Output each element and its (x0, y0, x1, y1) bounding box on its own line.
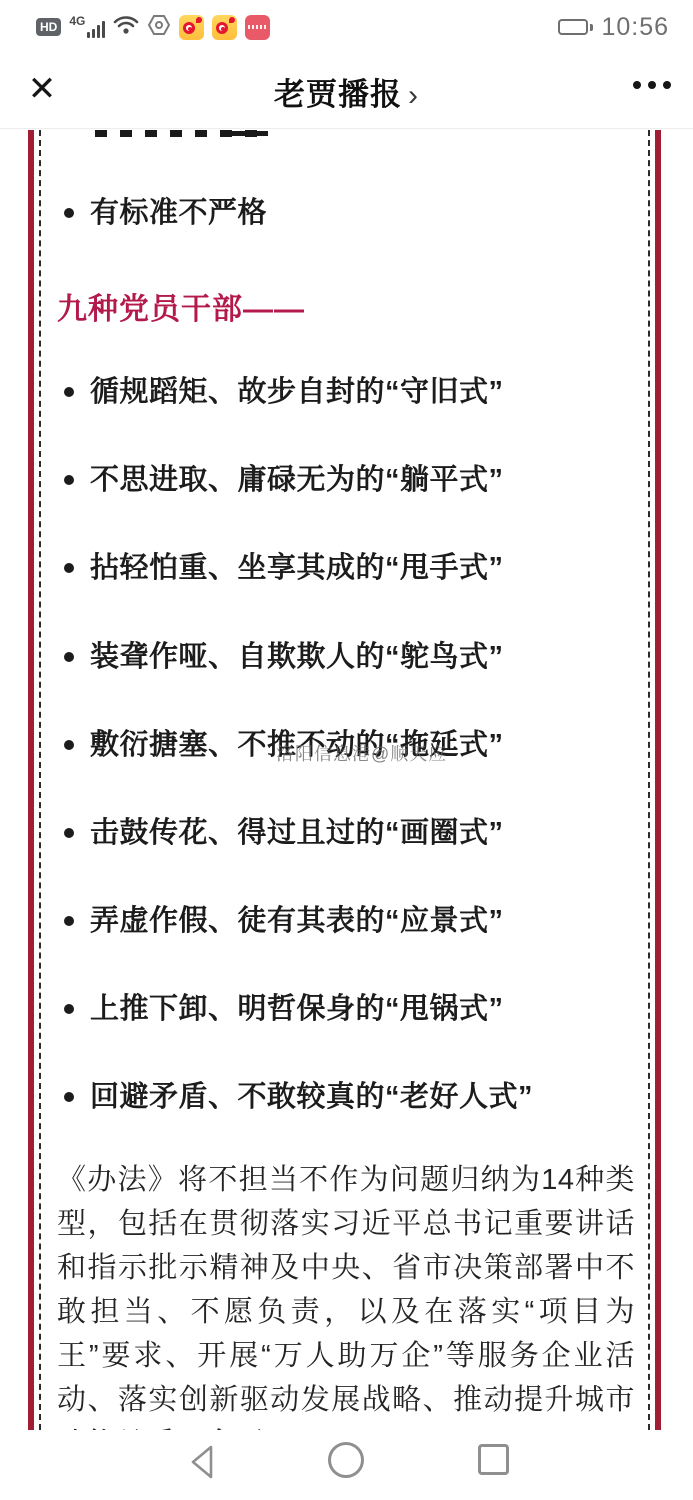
list-item-text: 有标准不严格 (90, 196, 267, 230)
article-body: 有标准不严格 九种党员干部—— 循规蹈矩、故步自封的“守旧式” 不思进取、庸碌无… (0, 130, 693, 1430)
page-title-text: 老贾播报 (274, 77, 402, 112)
list-item: 拈轻怕重、坐享其成的“甩手式” (64, 551, 637, 585)
recents-button[interactable] (478, 1444, 509, 1475)
signal-4g-icon: 4G (69, 16, 105, 38)
bullet-dot-icon (64, 828, 74, 838)
navbar-divider (0, 128, 693, 129)
bullet-dot-icon (64, 652, 74, 662)
list-item-text: 弄虚作假、徒有其表的“应景式” (90, 904, 504, 938)
bullet-dot-icon (64, 475, 74, 485)
weibo-icon (179, 15, 204, 40)
bullet-dot-icon (64, 563, 74, 573)
watermark-text: 洛阳信息港@顺天应 (276, 740, 447, 766)
android-nav-bar (0, 1430, 693, 1500)
list-item-text: 装聋作哑、自欺欺人的“鸵鸟式” (90, 640, 504, 674)
frame-red-bar-right (655, 130, 661, 1430)
chevron-right-icon: › (408, 79, 419, 112)
bullet-dot-icon (64, 1092, 74, 1102)
more-menu-button[interactable] (633, 81, 671, 89)
battery-icon (558, 19, 593, 35)
status-bar: HD 4G (0, 0, 693, 50)
list-item-text: 不思进取、庸碌无为的“躺平式” (90, 463, 504, 497)
back-button[interactable] (184, 1442, 222, 1487)
bullet-dot-icon (64, 387, 74, 397)
list-item-text: 回避矛盾、不敢较真的“老好人式” (90, 1080, 533, 1114)
wifi-icon (113, 14, 139, 41)
list-item: 弄虚作假、徒有其表的“应景式” (64, 904, 637, 938)
list-item-text: 循规蹈矩、故步自封的“守旧式” (90, 375, 504, 409)
red-app-icon (245, 15, 270, 40)
page-title[interactable]: 老贾播报› (0, 69, 693, 114)
status-right-cluster: 10:56 (558, 13, 669, 42)
bullet-dot-icon (64, 208, 74, 218)
home-button[interactable] (328, 1442, 364, 1478)
clock-time: 10:56 (601, 13, 669, 42)
hexagon-icon (147, 13, 171, 42)
list-item: 循规蹈矩、故步自封的“守旧式” (64, 375, 637, 409)
list-item: 不思进取、庸碌无为的“躺平式” (64, 463, 637, 497)
weibo-icon (212, 15, 237, 40)
list-item: 回避矛盾、不敢较真的“老好人式” (64, 1080, 637, 1114)
hd-badge: HD (36, 18, 61, 36)
phone-screen: HD 4G (0, 0, 693, 1500)
network-type-label: 4G (69, 16, 85, 26)
nav-bar: ✕ 老贾播报› (0, 55, 693, 127)
clipped-text-remnant (232, 131, 268, 136)
bullet-dot-icon (64, 1004, 74, 1014)
list-item-text: 击鼓传花、得过且过的“画圈式” (90, 816, 504, 850)
article-paragraph: 《办法》将不担当不作为问题归纳为14种类型，包括在贯彻落实习近平总书记重要讲话和… (57, 1158, 635, 1430)
list-item: 有标准不严格 (64, 196, 637, 230)
status-left-cluster: HD 4G (36, 13, 270, 42)
list-item-text: 拈轻怕重、坐享其成的“甩手式” (90, 551, 504, 585)
bullet-dot-icon (64, 740, 74, 750)
list-item-text: 上推下卸、明哲保身的“甩锅式” (90, 992, 504, 1026)
list-item: 上推下卸、明哲保身的“甩锅式” (64, 992, 637, 1026)
list-item: 装聋作哑、自欺欺人的“鸵鸟式” (64, 640, 637, 674)
section-heading: 九种党员干部—— (57, 284, 637, 328)
frame-dashed-line-right (648, 130, 650, 1430)
bullet-dot-icon (64, 916, 74, 926)
frame-red-bar-left (28, 130, 34, 1430)
signal-bars-icon (87, 20, 105, 38)
frame-dashed-line-left (39, 130, 41, 1430)
list-item: 击鼓传花、得过且过的“画圈式” (64, 816, 637, 850)
